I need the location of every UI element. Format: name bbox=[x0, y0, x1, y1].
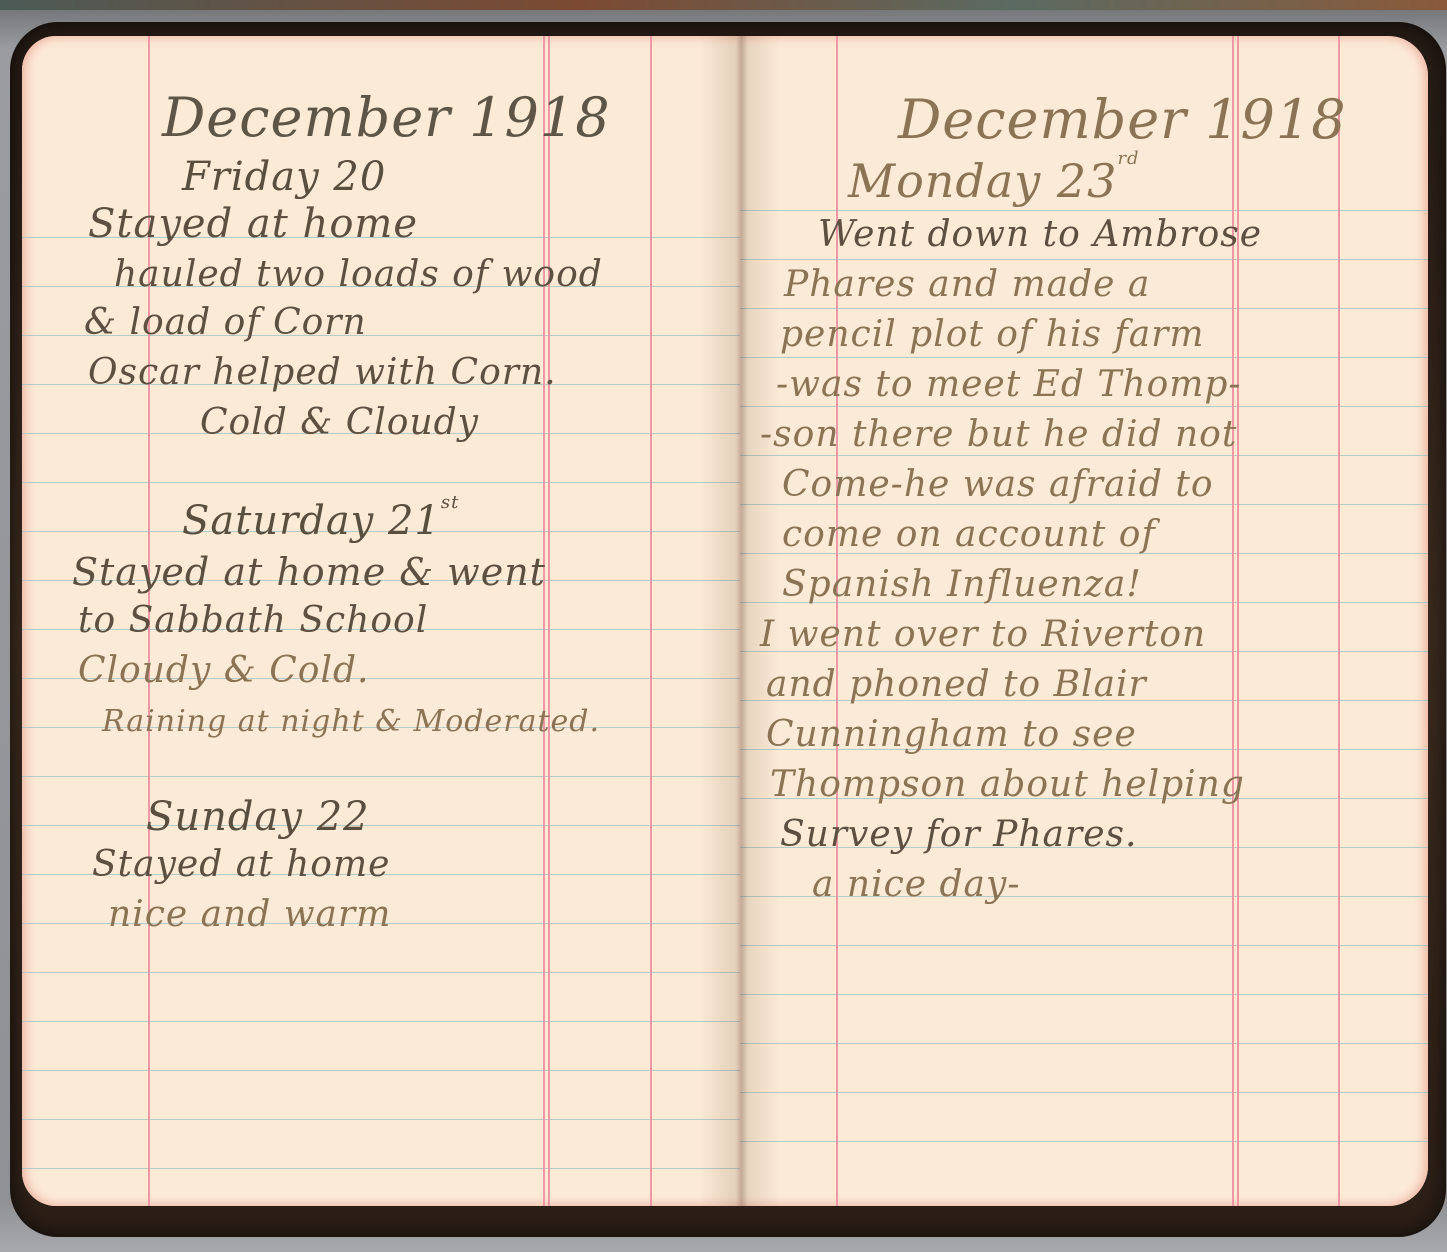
entry-day-label: Saturday 21st bbox=[182, 498, 459, 544]
entry-day-label: Friday 20 bbox=[182, 154, 386, 200]
entry-line: and phoned to Blair bbox=[766, 664, 1147, 705]
entry-line: to Sabbath School bbox=[78, 600, 428, 641]
scanned-diary-spread: December 1918 Friday 20 Stayed at home h… bbox=[0, 0, 1447, 1252]
entry-line: I went over to Riverton bbox=[760, 614, 1206, 655]
rule-line bbox=[22, 1070, 740, 1071]
entry-line: -was to meet Ed Thomp- bbox=[776, 364, 1242, 405]
rule-line bbox=[22, 1021, 740, 1022]
entry-line: -son there but he did not bbox=[760, 414, 1237, 455]
rule-line bbox=[22, 825, 740, 826]
rule-line bbox=[22, 1119, 740, 1120]
entry-line: a nice day- bbox=[812, 864, 1021, 905]
ordinal-suffix: st bbox=[441, 492, 459, 513]
entry-line: Oscar helped with Corn. bbox=[88, 352, 557, 393]
rule-line bbox=[740, 945, 1428, 946]
entry-line: Survey for Phares. bbox=[780, 814, 1137, 855]
rule-line bbox=[740, 259, 1428, 260]
rule-line bbox=[22, 776, 740, 777]
column-line-double-b bbox=[548, 36, 550, 1206]
rule-line bbox=[22, 972, 740, 973]
column-line-double-a bbox=[543, 36, 545, 1206]
entry-line: hauled two loads of wood bbox=[114, 254, 603, 295]
column-line-double-b bbox=[1237, 36, 1239, 1206]
entry-day-label: Monday 23rd bbox=[848, 154, 1140, 208]
entry-line: Went down to Ambrose bbox=[818, 214, 1262, 255]
entry-line: Stayed at home bbox=[92, 844, 390, 885]
entry-line: Phares and made a bbox=[784, 264, 1150, 305]
entry-line: & load of Corn bbox=[84, 302, 367, 343]
rule-line bbox=[22, 1168, 740, 1169]
rule-line bbox=[740, 1141, 1428, 1142]
column-line bbox=[1338, 36, 1340, 1206]
entry-line: Raining at night & Moderated. bbox=[102, 704, 600, 739]
rule-line bbox=[22, 482, 740, 483]
day-label-text: Monday 23 bbox=[848, 154, 1117, 208]
entry-line: nice and warm bbox=[108, 894, 391, 935]
entry-line: Stayed at home & went bbox=[72, 550, 546, 594]
rule-line bbox=[740, 994, 1428, 995]
column-line bbox=[650, 36, 652, 1206]
entry-line: pencil plot of his farm bbox=[780, 314, 1205, 355]
rule-line bbox=[740, 455, 1428, 456]
day-label-text: Saturday 21 bbox=[182, 498, 441, 544]
ordinal-suffix: rd bbox=[1117, 148, 1139, 169]
rule-line bbox=[740, 1092, 1428, 1093]
rule-line bbox=[740, 406, 1428, 407]
entry-line: Cunningham to see bbox=[766, 714, 1137, 755]
entry-line: Spanish Influenza! bbox=[782, 564, 1142, 605]
entry-line: Cloudy & Cold. bbox=[78, 650, 369, 691]
entry-line: Thompson about helping bbox=[770, 764, 1245, 805]
rule-line bbox=[740, 1043, 1428, 1044]
entry-line: come on account of bbox=[782, 514, 1156, 555]
entry-line: Cold & Cloudy bbox=[200, 402, 479, 443]
page-heading: December 1918 bbox=[898, 88, 1347, 151]
entry-day-label: Sunday 22 bbox=[146, 794, 370, 840]
left-page: December 1918 Friday 20 Stayed at home h… bbox=[22, 36, 740, 1206]
rule-line bbox=[740, 308, 1428, 309]
rule-line bbox=[740, 210, 1428, 211]
page-heading: December 1918 bbox=[162, 86, 611, 149]
column-line-double-a bbox=[1232, 36, 1234, 1206]
right-page: December 1918 Monday 23rd Went down to A… bbox=[740, 36, 1428, 1206]
entry-line: Stayed at home bbox=[88, 201, 418, 247]
background-strip bbox=[0, 0, 1447, 10]
rule-line bbox=[740, 357, 1428, 358]
entry-line: Come-he was afraid to bbox=[782, 464, 1214, 505]
